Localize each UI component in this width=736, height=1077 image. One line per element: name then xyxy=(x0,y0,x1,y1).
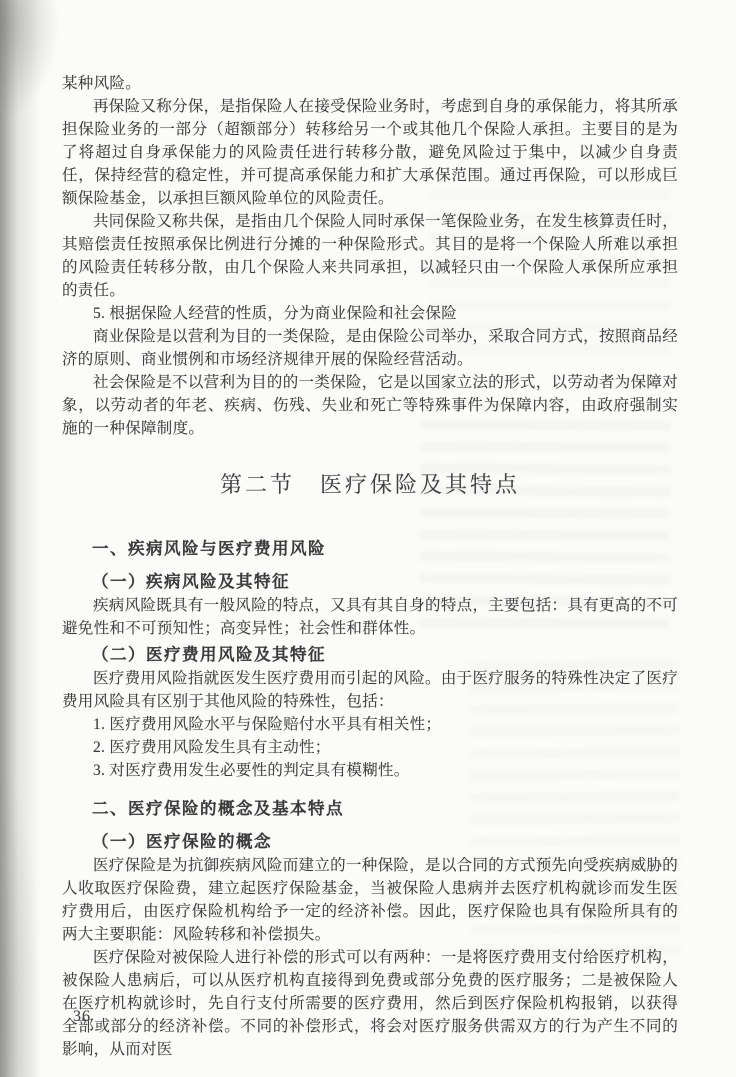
level2-heading: （二）医疗费用风险及其特征 xyxy=(62,644,678,667)
level2-heading: （一）疾病风险及其特征 xyxy=(62,571,678,594)
level1-heading: 二、医疗保险的概念及基本特点 xyxy=(62,798,678,821)
paragraph: 社会保险是不以营利为目的的一类保险，它是以国家立法的形式，以劳动者为保障对象，以… xyxy=(62,371,678,440)
paragraph: 5. 根据保险人经营的性质，分为商业保险和社会保险 xyxy=(62,302,678,325)
paragraph: 医疗保险是为抗御疾病风险而建立的一种保险，是以合同的方式预先向受疾病威胁的人收取… xyxy=(62,854,678,946)
paragraph: 医疗保险对被保险人进行补偿的形式可以有两种：一是将医疗费用支付给医疗机构，被保险… xyxy=(62,946,678,1061)
scanned-book-page: 某种风险。再保险又称分保，是指保险人在接受保险业务时，考虑到自身的承保能力，将其… xyxy=(0,0,736,1077)
paragraph: 疾病风险既具有一般风险的特点，又具有其自身的特点，主要包括：具有更高的不可避免性… xyxy=(62,594,678,640)
level1-heading: 一、疾病风险与医疗费用风险 xyxy=(62,538,678,561)
paragraph: 商业保险是以营利为目的一类保险，是由保险公司举办，采取合同方式，按照商品经济的原… xyxy=(62,325,678,371)
paragraph: 某种风险。 xyxy=(62,72,678,95)
list-item: 2. 医疗费用风险发生具有主动性； xyxy=(62,736,678,759)
paragraph: 医疗费用风险指就医发生医疗费用而引起的风险。由于医疗服务的特殊性决定了医疗费用风… xyxy=(62,667,678,713)
section-heading: 第二节 医疗保险及其特点 xyxy=(62,470,678,500)
list-item: 3. 对医疗费用发生必要性的判定具有模糊性。 xyxy=(62,759,678,782)
page-number: 36 xyxy=(73,1008,91,1026)
level2-heading: （一）医疗保险的概念 xyxy=(62,831,678,854)
page-content: 某种风险。再保险又称分保，是指保险人在接受保险业务时，考虑到自身的承保能力，将其… xyxy=(0,0,736,1061)
paragraph: 再保险又称分保，是指保险人在接受保险业务时，考虑到自身的承保能力，将其所承担保险… xyxy=(62,95,678,210)
paragraph: 共同保险又称共保，是指由几个保险人同时承保一笔保险业务，在发生核算责任时，其赔偿… xyxy=(62,210,678,302)
list-item: 1. 医疗费用风险水平与保险赔付水平具有相关性； xyxy=(62,713,678,736)
